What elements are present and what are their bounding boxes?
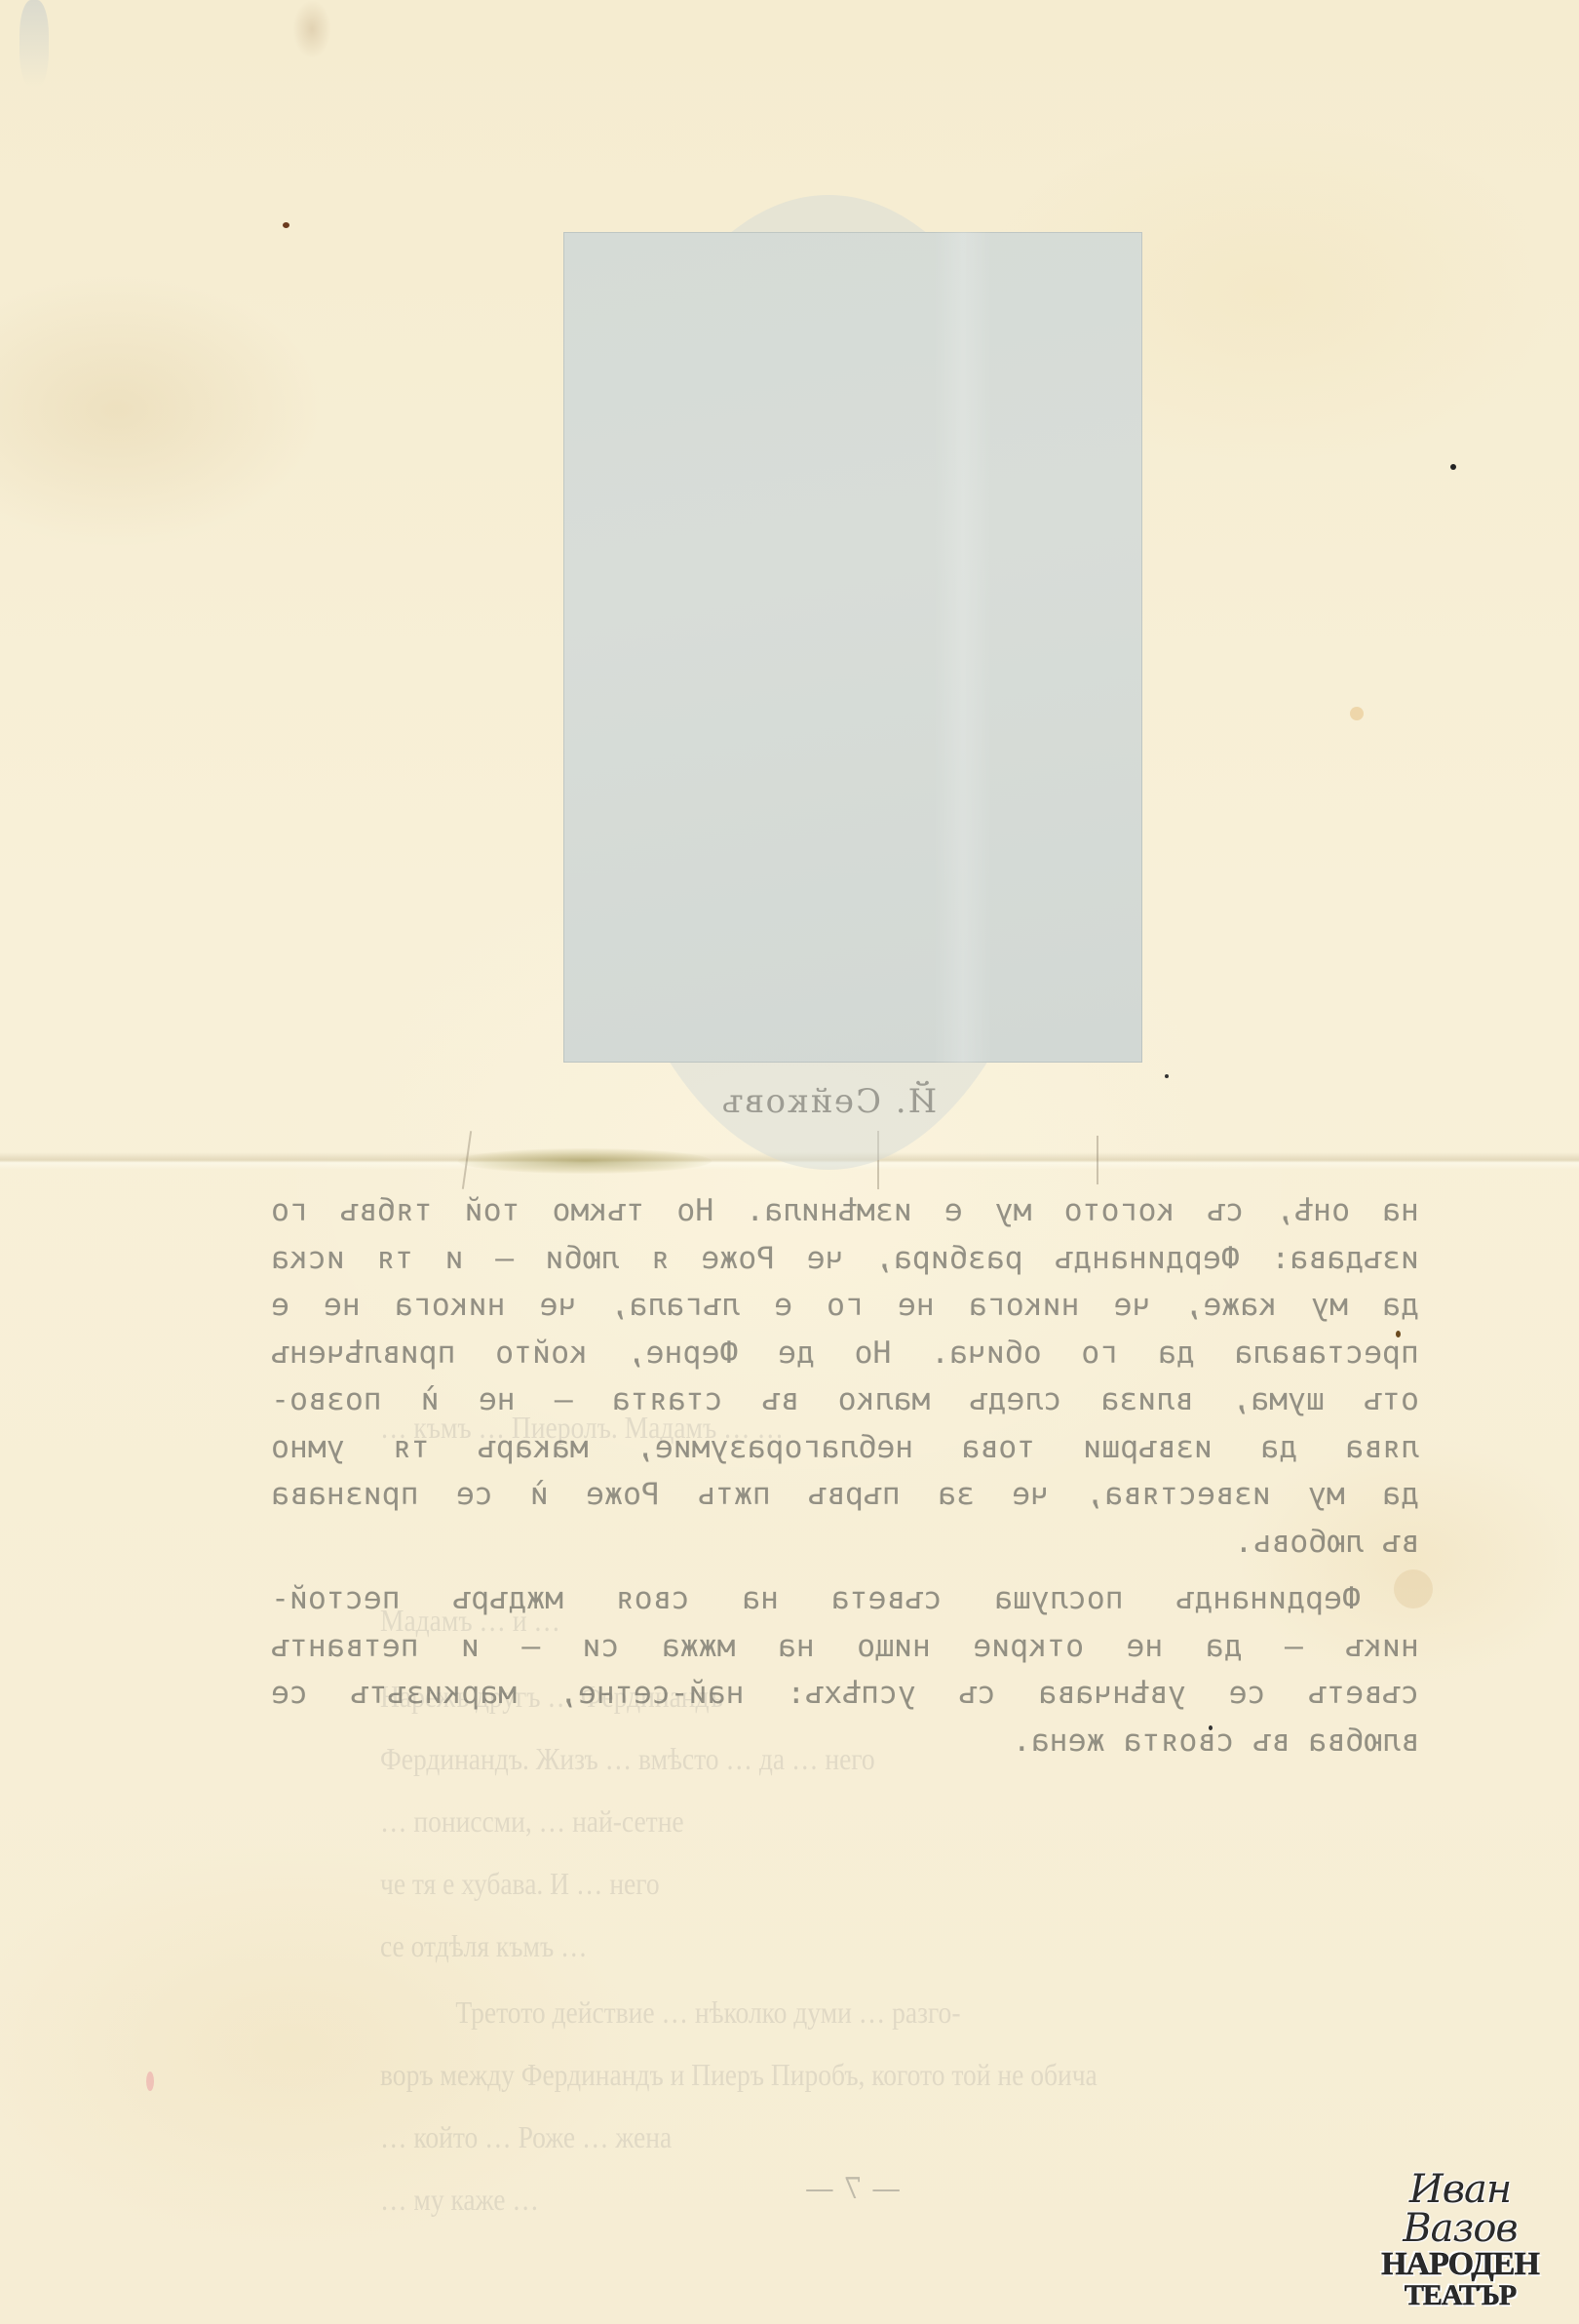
faint-line: че тя е хубава. И … него (380, 1860, 1269, 1907)
faint-line: се отдѣля къмъ … (380, 1922, 1269, 1969)
logo-line-2: ТЕАТЪР (1363, 2281, 1558, 2310)
text-line: никъ — да не открие нищо на мжжа си — и … (271, 1623, 1419, 1671)
text-line: на онѣ, съ когото му е измѣнила. Но тъкм… (271, 1187, 1419, 1235)
national-theatre-logo: Иван Вазов НАРОДЕН ТЕАТЪР (1363, 2170, 1558, 2310)
foxing-spot (1350, 707, 1364, 720)
paragraph-2: Фердинандъ послуша съвета на своя мждъръ… (271, 1575, 1419, 1764)
text-line: да му каже, че никога не го е лъгала, че… (271, 1282, 1419, 1330)
dust-spot (283, 222, 289, 228)
text-line: преставала да го обича. Но де Ферне, кой… (271, 1330, 1419, 1377)
faint-line: Третото действие … нѣколко думи … разго- (380, 1989, 1269, 2035)
text-line: изъдава: Фердинандъ разбира, че Роже я л… (271, 1235, 1419, 1283)
pink-mark (146, 2072, 154, 2091)
faint-line: … пониссми, … най-сетне (380, 1798, 1269, 1844)
page-number: — 7 — (780, 2172, 926, 2206)
faint-line: … който … Роже … жена (380, 2113, 1269, 2160)
text-line: влюбва въ своята жена. (271, 1718, 1419, 1765)
paper-smudge (19, 0, 49, 88)
body-text: на онѣ, съ когото му е измѣнила. Но тъкм… (271, 1187, 1419, 1764)
portrait-image (563, 232, 1142, 1063)
text-line: Фердинандъ послуша съвета на своя мждъръ… (271, 1575, 1419, 1623)
text-line: въ любовь. (271, 1519, 1419, 1567)
portrait-caption: Й. Сейковъ (624, 1082, 1033, 1121)
logo-signature: Иван Вазов (1363, 2170, 1558, 2248)
fold-stain (458, 1148, 712, 1174)
crease-mark (1097, 1136, 1098, 1184)
paragraph-1: на онѣ, съ когото му е измѣнила. Но тъкм… (271, 1187, 1419, 1566)
logo-line-1: НАРОДЕН (1363, 2248, 1558, 2281)
text-line: да му известява, че за първъ пжть Роже ѝ… (271, 1471, 1419, 1519)
text-line: лява да извърши това неблагоразумие, мак… (271, 1424, 1419, 1472)
text-line: отъ шума, влиза следъ малко въ стаята — … (271, 1376, 1419, 1424)
dust-spot (1450, 464, 1456, 470)
faint-line: воръ между Фердинандъ и Пиеръ Пиробъ, ко… (380, 2051, 1269, 2098)
text-line: съветъ се увѣнчава съ успѣхъ: най-сетне,… (271, 1670, 1419, 1718)
dust-spot (1165, 1074, 1169, 1078)
paper-stain (292, 0, 331, 58)
